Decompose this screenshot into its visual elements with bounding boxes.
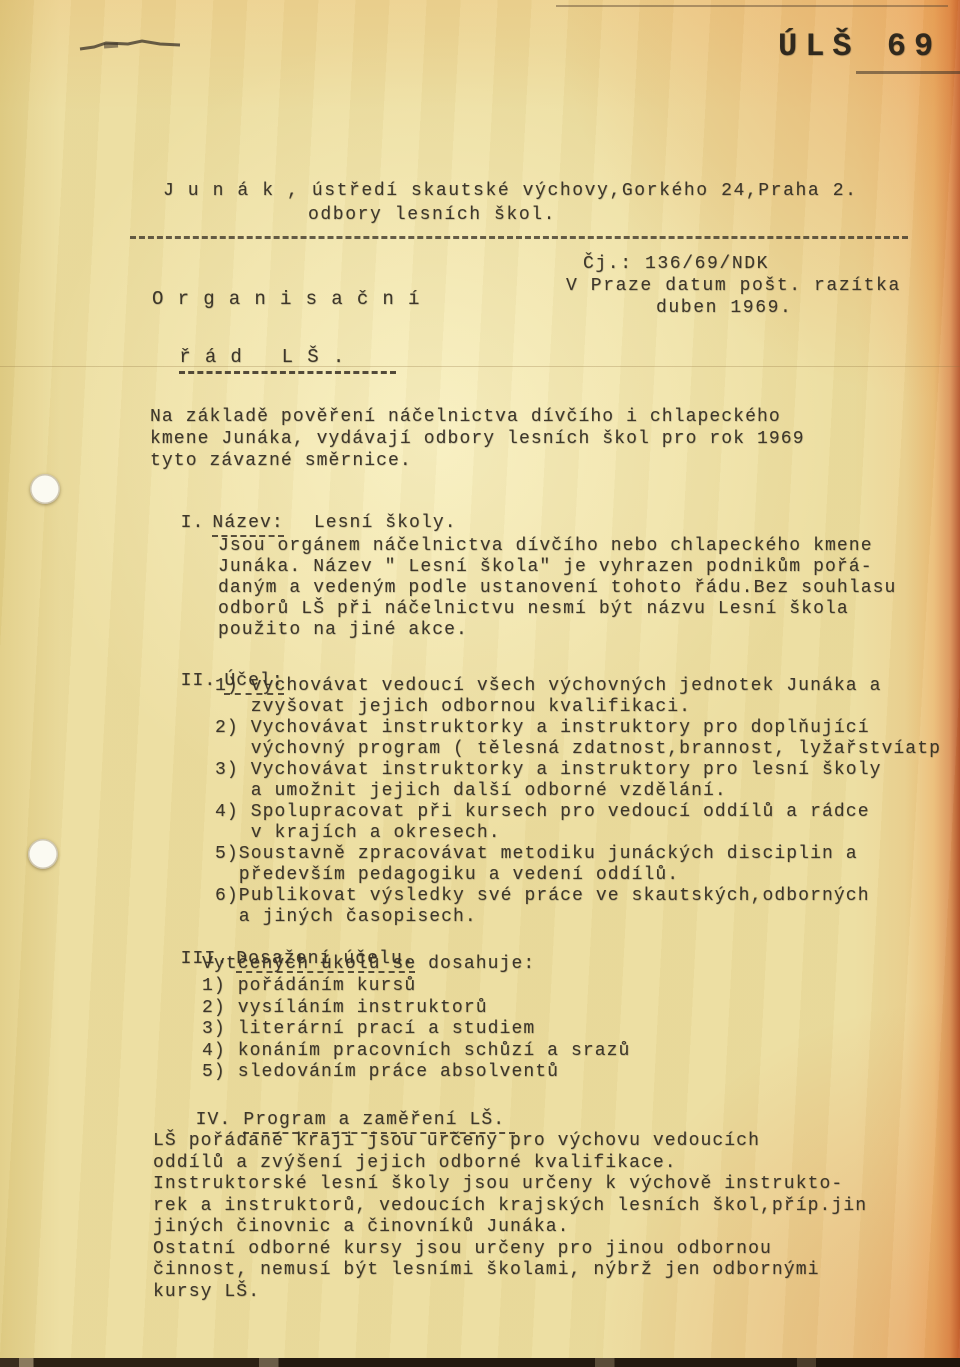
section-i-title: Název: <box>212 513 283 537</box>
ref-place: V Praze datum pošt. razítka <box>566 276 901 297</box>
section-ii-number: II. <box>181 671 217 691</box>
punch-hole-top <box>30 474 60 504</box>
paper-crease <box>0 366 960 367</box>
intro-paragraph: Na základě pověření náčelnictva dívčího … <box>150 406 805 472</box>
stamp-underline <box>856 71 960 74</box>
section-i-value: Lesní školy. <box>314 513 457 533</box>
section-iii-items: 1) pořádáním kursů 2) vysíláním instrukt… <box>202 976 630 1084</box>
section-iv-number: IV. <box>196 1110 232 1130</box>
section-i-number: I. <box>181 513 205 533</box>
top-edge-line <box>556 5 948 7</box>
section-iii-intro: Vytčených úkolů se dosahuje: <box>202 954 535 976</box>
doc-title-line1: O r g a n i s a č n í <box>152 289 421 310</box>
bottom-scan-edge <box>0 1358 960 1367</box>
punch-hole-bottom <box>28 839 58 869</box>
pen-mark <box>78 34 190 56</box>
ref-number: Čj.: 136/69/NDK <box>583 254 769 275</box>
section-ii-items: 1) vychovávat vedoucí všech výchovných j… <box>215 676 941 928</box>
section-i-body: Jsou orgánem náčelnictva dívčího nebo ch… <box>218 536 896 641</box>
header-address-line1: J u n á k , ústředí skautské výchovy,Gor… <box>163 181 858 202</box>
doc-title-line2-text: ř á d L Š . <box>179 346 395 374</box>
archive-stamp: ÚLŠ 69 <box>778 28 941 65</box>
doc-title-line2: ř á d L Š . <box>128 326 396 389</box>
header-separator <box>130 236 908 239</box>
header-address-line2: odbory lesních škol. <box>308 205 556 226</box>
ref-date: duben 1969. <box>656 298 792 319</box>
scanned-document-page: ÚLŠ 69 J u n á k , ústředí skautské vých… <box>0 0 960 1367</box>
section-iv-body: LŠ pořádané kraji jsou určeny pro výchov… <box>153 1131 867 1303</box>
